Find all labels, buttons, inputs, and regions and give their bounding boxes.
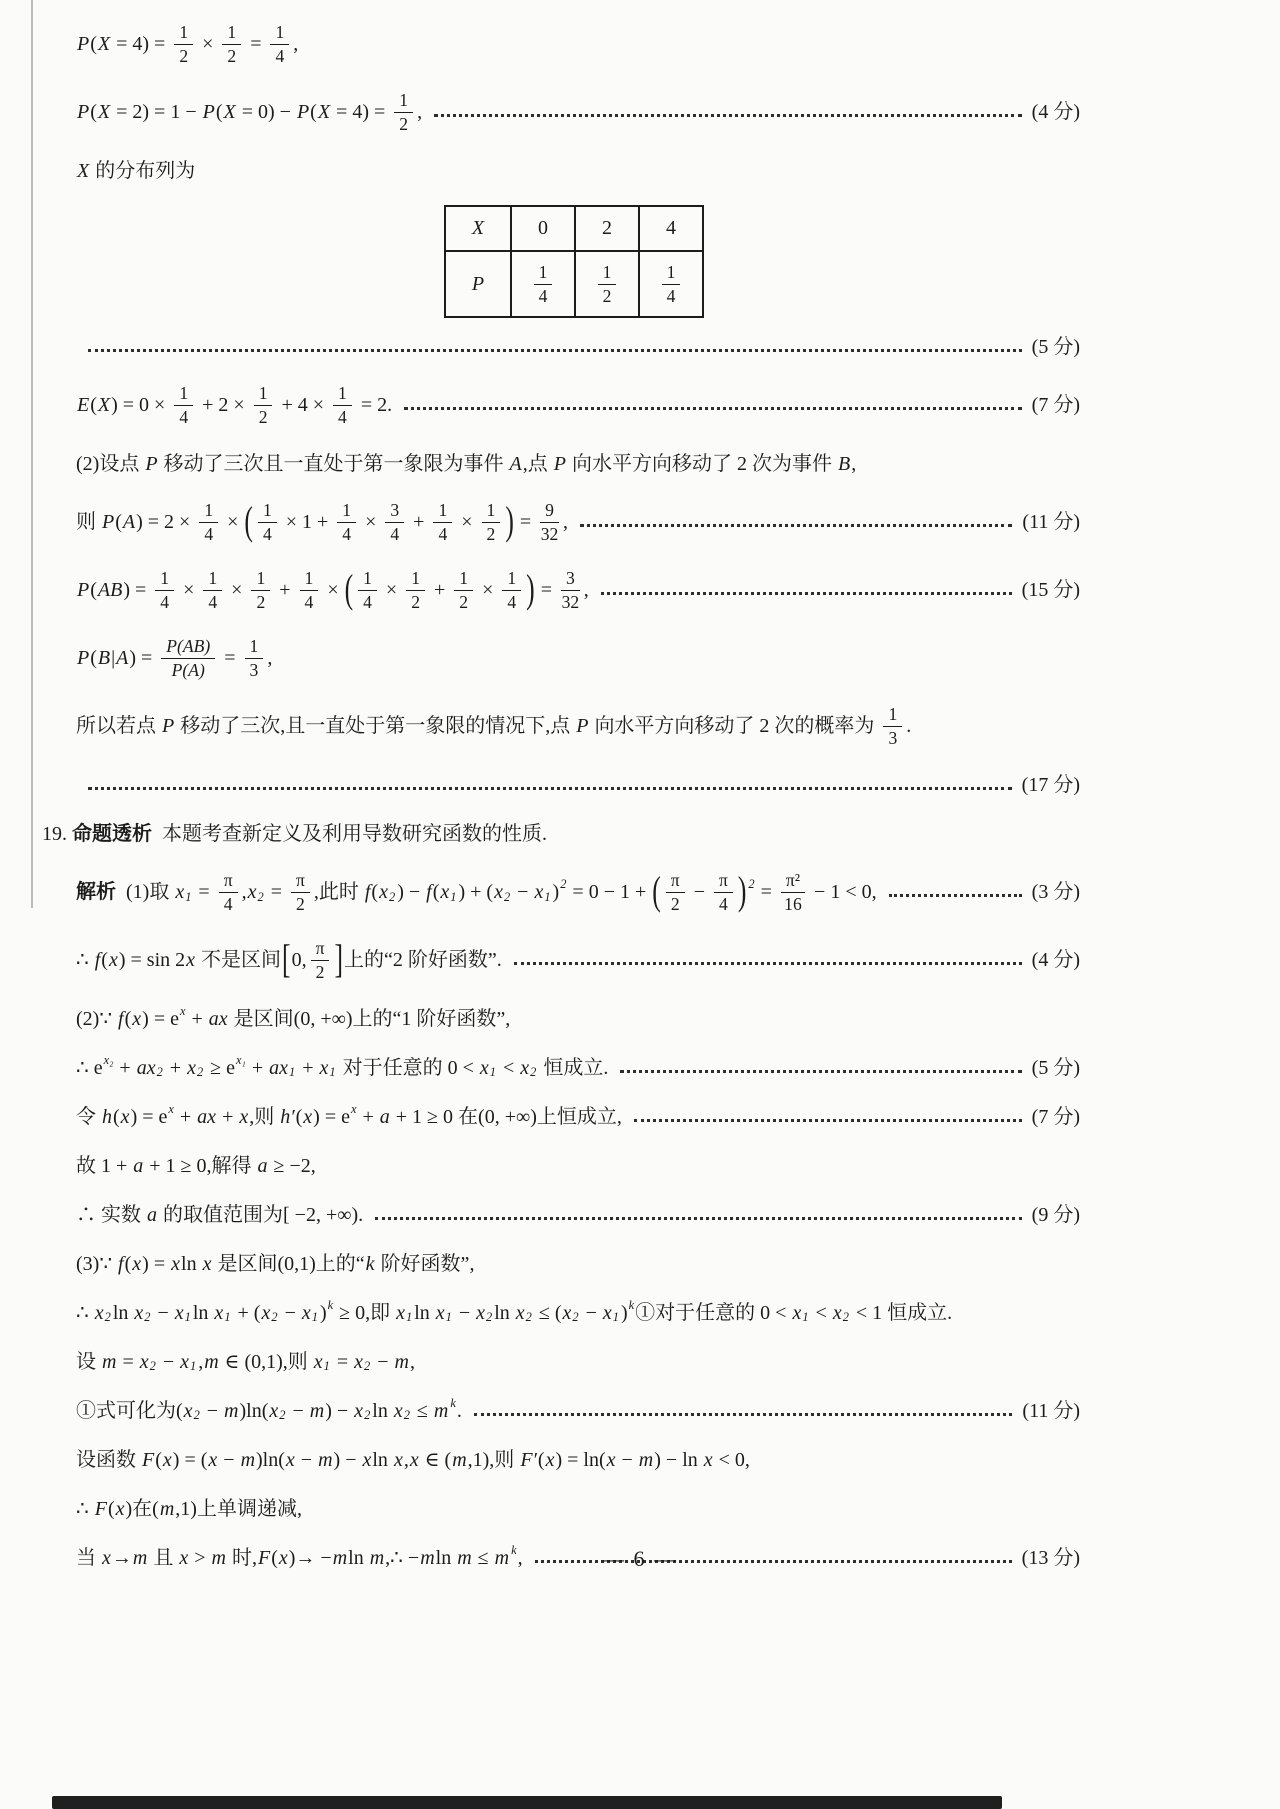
text-run: h′ <box>279 1104 295 1131</box>
formula-line: ∴ x2ln x2 − x1ln x1 + (x2 − x1)k ≥ 0,即 x… <box>76 1298 1080 1328</box>
fraction: π4 <box>219 871 238 914</box>
formula-line: ∴ 实数 a 的取值范围为[ −2, +∞).(9 分) <box>76 1200 1080 1230</box>
line-content: 解析 (1)取 x1 = π4,x2 = π2,此时 f(x2) − f(x1)… <box>76 868 877 917</box>
text-run: ( <box>371 879 378 906</box>
text-run: ≤ ( <box>534 1300 562 1327</box>
text-run: ) <box>621 1300 628 1327</box>
line-content: ∴ F(x)在(m,1)上单调递减, <box>76 1496 302 1523</box>
text-run: 2 <box>572 1309 578 1326</box>
text-run: x <box>174 1300 185 1327</box>
text-run: x <box>439 879 450 906</box>
text-run: ∴ <box>76 1300 94 1327</box>
text-run: 1 <box>329 1064 335 1081</box>
text-run: 的取值范围为[ −2, +∞). <box>158 1202 363 1229</box>
fraction: 14 <box>534 263 553 306</box>
text-run: 2 <box>526 1309 532 1326</box>
fraction: 932 <box>540 501 559 544</box>
text-run: x <box>115 1496 126 1523</box>
text-run: , <box>851 451 856 478</box>
fraction: 12 <box>482 501 501 544</box>
text-run: 0, <box>292 947 307 974</box>
dotted-leader <box>601 582 1012 595</box>
formula-line: 设 m = x2 − x1,m ∈ (0,1),则 x1 = x2 − m, <box>76 1347 1080 1377</box>
text-run: 不是区间 <box>196 947 281 974</box>
text-run: + 1 ≥ 0,解得 <box>144 1153 256 1180</box>
text-run: 2 <box>389 889 395 906</box>
text-run: f <box>94 947 102 974</box>
line-content: (2)∵ f(x) = ex + ax 是区间(0, +∞)上的“1 阶好函数”… <box>76 1006 510 1033</box>
text-run: ) + ( <box>458 879 493 906</box>
dotted-leader <box>580 514 1012 527</box>
text-run: = <box>756 879 777 906</box>
text-run: x <box>179 1349 190 1376</box>
bracket: ] <box>334 934 343 988</box>
text-run: (2)设点 <box>76 451 144 478</box>
text-run: E <box>76 392 90 419</box>
line-content: 19. 命题透析 本题考查新定义及利用导数研究函数的性质. <box>42 821 547 848</box>
text-run: − <box>581 1300 602 1327</box>
fraction: 34 <box>385 501 404 544</box>
text-run: = 4) = <box>111 31 170 58</box>
text-run: P <box>76 99 90 126</box>
text-run: ) = e <box>131 1104 168 1131</box>
dotted-leader <box>514 952 1022 965</box>
text-run: ( <box>108 1496 115 1523</box>
table-cell: P <box>445 251 511 317</box>
text-run: X <box>76 158 90 185</box>
text-run: − <box>202 1398 223 1425</box>
text-run: = 0) − <box>237 99 296 126</box>
text-run: ( <box>90 99 97 126</box>
line-content: ∴ ex₂ + ax2 + x2 ≥ ex₁ + ax1 + x1 对于任意的 … <box>76 1055 608 1082</box>
text-run: 令 <box>76 1104 101 1131</box>
text-run: ) = e <box>313 1104 350 1131</box>
fraction: 14 <box>300 569 319 612</box>
text-run: 是区间(0, +∞)上的“1 阶好函数”, <box>229 1006 511 1033</box>
text-run: + <box>114 1055 135 1082</box>
text-run: m <box>223 1398 239 1425</box>
text-run: 1 <box>312 1309 318 1326</box>
text-run: m <box>394 1349 410 1376</box>
formula-line: (3)∵ f(x) = xln x 是区间(0,1)上的“k 阶好函数”, <box>76 1249 1080 1279</box>
text-run: )ln( <box>240 1398 269 1425</box>
text-run: m <box>638 1447 654 1474</box>
text-run: ax <box>208 1006 229 1033</box>
text-run: P <box>296 99 310 126</box>
line-content: (2)设点 P 移动了三次且一直处于第一象限为事件 A,点 P 向水平方向移动了… <box>76 451 856 478</box>
text-run: 2 <box>560 876 566 893</box>
text-run: + <box>175 1104 196 1131</box>
score-label: (4 分) <box>1032 947 1080 974</box>
text-run: 所以若点 <box>76 713 161 740</box>
text-run: x₂ <box>104 1052 114 1069</box>
text-run: X <box>97 31 111 58</box>
text-run: ( <box>125 1251 132 1278</box>
text-run: − <box>218 1447 239 1474</box>
text-run: x <box>186 1055 197 1082</box>
text-run: ∴ e <box>76 1055 103 1082</box>
text-run: ln <box>414 1300 435 1327</box>
fraction: 14 <box>337 501 356 544</box>
score-label: (9 分) <box>1032 1202 1080 1229</box>
text-run: X <box>317 99 331 126</box>
formula-line: ∴ F(x)在(m,1)上单调递减, <box>76 1494 1080 1524</box>
text-run: ) − ln <box>654 1447 703 1474</box>
text-run: ) = sin 2 <box>119 947 185 974</box>
text-run: x <box>435 1300 446 1327</box>
formula-line: (5 分) <box>76 332 1080 362</box>
text-run: x <box>120 1104 131 1131</box>
text-run: 2 <box>279 1407 285 1424</box>
bracket: ) <box>505 496 514 550</box>
text-run: − <box>512 879 533 906</box>
fraction: 12 <box>598 263 617 306</box>
score-label: (11 分) <box>1022 509 1080 536</box>
text-run: = <box>515 509 536 536</box>
text-run: ≥ −2, <box>269 1153 316 1180</box>
formula-line: 设函数 F(x) = (x − m)ln(x − m) − xln x,x ∈ … <box>76 1445 1080 1475</box>
text-run: m <box>101 1349 117 1376</box>
text-run: x <box>545 1447 556 1474</box>
table-cell: 14 <box>511 251 575 317</box>
formula-line: (17 分) <box>76 770 1080 800</box>
text-run: 设函数 <box>76 1447 141 1474</box>
text-run: 1 <box>613 1309 619 1326</box>
text-run: ( <box>101 947 108 974</box>
text-run: 2 <box>602 217 612 239</box>
text-run: = 0 − 1 + <box>567 879 651 906</box>
text-run: m <box>240 1447 256 1474</box>
text-run: f <box>117 1251 125 1278</box>
text-run: x <box>562 1300 573 1327</box>
text-run: )在( <box>126 1496 159 1523</box>
text-run: ) = <box>123 577 151 604</box>
text-run: 1 <box>490 1064 496 1081</box>
text-run: ln <box>372 1398 393 1425</box>
text-run: B <box>97 645 111 672</box>
document-page: P(X = 4) = 12 × 12 = 14,P(X = 2) = 1 − P… <box>0 0 1280 1809</box>
score-label: (11 分) <box>1022 1398 1080 1425</box>
text-run: x <box>353 1349 364 1376</box>
text-run: x <box>94 1300 105 1327</box>
text-run: < 1 恒成立. <box>851 1300 952 1327</box>
score-label: (7 分) <box>1032 392 1080 419</box>
text-run: 向水平方向移动了 2 次的概率为 <box>589 713 879 740</box>
text-run: ) = ( <box>173 1447 208 1474</box>
text-run: x <box>131 1006 142 1033</box>
text-run: x <box>393 1447 404 1474</box>
text-run: x <box>247 879 258 906</box>
text-run: 19. <box>42 821 72 848</box>
text-run: m <box>203 1349 219 1376</box>
text-run: 2 <box>504 889 510 906</box>
text-run: × <box>456 509 477 536</box>
line-content: P(B|A) = P(AB)P(A) = 13, <box>76 634 272 683</box>
text-run: ,点 <box>523 451 553 478</box>
text-run: = 2) = 1 − <box>111 99 202 126</box>
text-run: ≤ <box>412 1398 433 1425</box>
text-run: F <box>141 1447 155 1474</box>
text-run: = 2. <box>356 392 392 419</box>
text-run: ) = 2 × <box>136 509 195 536</box>
text-run: ( <box>90 645 97 672</box>
text-run: ) = <box>142 1251 170 1278</box>
text-run: h <box>101 1104 113 1131</box>
text-run: 阶好函数”, <box>376 1251 475 1278</box>
dotted-leader <box>88 777 1012 790</box>
text-run: − <box>617 1447 638 1474</box>
text-run: 对于任意的 0 < <box>338 1055 479 1082</box>
line-content: (3)∵ f(x) = xln x 是区间(0,1)上的“k 阶好函数”, <box>76 1251 474 1278</box>
text-run: 0 <box>538 217 548 239</box>
text-run: x <box>202 1251 213 1278</box>
dotted-leader <box>620 1060 1021 1073</box>
fraction: 14 <box>258 501 277 544</box>
text-run: ( <box>433 879 440 906</box>
dotted-leader <box>634 1109 1022 1122</box>
text-run: a <box>379 1104 391 1131</box>
score-label: (5 分) <box>1032 334 1080 361</box>
text-run: ∴ <box>76 1496 94 1523</box>
text-run: 1 <box>406 1309 412 1326</box>
text-run: x <box>519 1055 530 1082</box>
formula-line: 19. 命题透析 本题考查新定义及利用导数研究函数的性质. <box>42 819 1080 849</box>
text-run: 2 <box>157 1064 163 1081</box>
text-run: 上的“2 阶好函数”. <box>344 947 502 974</box>
line-content: P(AB) = 14 × 14 × 12 + 14 × (14 × 12 + 1… <box>76 566 589 615</box>
text-run: x <box>260 1300 271 1327</box>
text-run: x <box>493 879 504 906</box>
line-content: 则 P(A) = 2 × 14 × (14 × 1 + 14 × 34 + 14… <box>76 498 568 547</box>
text-run: − <box>296 1447 317 1474</box>
line-content: 所以若点 P 移动了三次,且一直处于第一象限的情况下,点 P 向水平方向移动了 … <box>76 702 911 751</box>
text-run: , <box>410 1349 415 1376</box>
text-run: ∈ ( <box>420 1447 451 1474</box>
text-run: − 1 < 0, <box>809 879 877 906</box>
text-run: x <box>313 1349 324 1376</box>
text-run: 4 <box>666 217 676 239</box>
text-run: = <box>193 879 214 906</box>
text-run: f <box>117 1006 125 1033</box>
text-run: ( <box>90 392 97 419</box>
fraction: 13 <box>883 705 902 748</box>
text-run: 1 <box>324 1358 330 1375</box>
text-run: , <box>584 577 589 604</box>
text-run: + 4 × <box>276 392 329 419</box>
line-content: ∴ 实数 a 的取值范围为[ −2, +∞). <box>76 1202 363 1229</box>
text-run: x <box>133 1300 144 1327</box>
text-run: P <box>76 577 90 604</box>
text-run: x <box>238 1104 249 1131</box>
text-run: ,则 <box>249 1104 279 1131</box>
fraction: P(AB)P(A) <box>161 637 215 680</box>
text-run: 1 <box>450 889 456 906</box>
text-run: x <box>606 1447 617 1474</box>
bracket: ) <box>738 866 747 920</box>
fraction: 14 <box>433 501 452 544</box>
text-run: ( <box>310 99 317 126</box>
text-run: − <box>158 1349 179 1376</box>
text-run: × 1 + <box>281 509 334 536</box>
text-run: × <box>360 509 381 536</box>
text-run: ≥ e <box>205 1055 235 1082</box>
text-run: ,此时 <box>314 879 364 906</box>
text-run: f <box>425 879 433 906</box>
text-run: = 4) = <box>331 99 390 126</box>
text-run: + <box>408 509 429 536</box>
text-run: 2 <box>364 1407 370 1424</box>
formula-line: 令 h(x) = ex + ax + x,则 h′(x) = ex + a + … <box>76 1102 1080 1132</box>
text-run: . <box>457 1398 462 1425</box>
fraction: 14 <box>199 501 218 544</box>
text-run: = <box>266 879 287 906</box>
text-run: 1 <box>544 889 550 906</box>
text-run: 1 <box>289 1064 295 1081</box>
text-run: k <box>450 1395 456 1412</box>
text-run: x₁ <box>236 1052 246 1069</box>
text-run: × <box>222 509 243 536</box>
text-run: 2 <box>144 1309 150 1326</box>
text-run: P <box>101 509 115 536</box>
text-run: 2 <box>530 1064 536 1081</box>
text-run: × <box>226 577 247 604</box>
text-run: m <box>433 1398 449 1425</box>
text-run: ≥ 0,即 <box>334 1300 395 1327</box>
text-run: 本题考查新定义及利用导数研究函数的性质. <box>152 821 547 848</box>
text-run: ( <box>216 99 223 126</box>
text-run: X <box>471 217 485 239</box>
text-run: ①对于任意的 0 < <box>635 1300 791 1327</box>
text-run: 2 <box>257 889 263 906</box>
line-content: P(X = 2) = 1 − P(X = 0) − P(X = 4) = 12, <box>76 88 422 137</box>
text-run: = <box>536 577 557 604</box>
text-run: x <box>207 1447 218 1474</box>
fraction: 13 <box>245 637 264 680</box>
text-run: (3)∵ <box>76 1251 117 1278</box>
text-run: ( <box>538 1447 545 1474</box>
dotted-leader <box>474 1403 1013 1416</box>
text-run: ( <box>296 1104 303 1131</box>
text-run: ( <box>90 31 97 58</box>
page-number: — 6 — <box>0 1544 1280 1574</box>
text-run: − <box>689 879 710 906</box>
text-run: a <box>146 1202 158 1229</box>
text-run: + <box>297 1055 318 1082</box>
fraction: π2 <box>311 939 330 982</box>
text-run: x <box>268 1398 279 1425</box>
text-run: + <box>429 577 450 604</box>
text-run: B <box>837 451 851 478</box>
text-run: ) <box>553 879 560 906</box>
line-content: 设 m = x2 − x1,m ∈ (0,1),则 x1 = x2 − m, <box>76 1349 415 1376</box>
text-run: − <box>152 1300 173 1327</box>
formula-line: (2)∵ f(x) = ex + ax 是区间(0, +∞)上的“1 阶好函数”… <box>76 1004 1080 1034</box>
text-run: 向水平方向移动了 2 次为事件 <box>567 451 837 478</box>
text-run: AB <box>97 577 123 604</box>
text-run: x <box>832 1300 843 1327</box>
text-run: ln <box>181 1251 202 1278</box>
dotted-leader <box>889 884 1022 897</box>
text-run: ) <box>320 1300 327 1327</box>
text-run: × <box>381 577 402 604</box>
bracket: ( <box>652 866 661 920</box>
text-run: k <box>328 1297 334 1314</box>
text-run: 命题透析 <box>72 821 152 848</box>
text-run: P <box>575 713 589 740</box>
text-run: 2 <box>271 1309 277 1326</box>
line-content: ∴ x2ln x2 − x1ln x1 + (x2 − x1)k ≥ 0,即 x… <box>76 1300 952 1327</box>
dotted-leader <box>404 397 1022 410</box>
text-run: × <box>477 577 498 604</box>
fraction: 14 <box>502 569 521 612</box>
text-run: ) = 0 × <box>111 392 170 419</box>
dotted-leader <box>434 104 1022 117</box>
text-run: x <box>168 1101 174 1118</box>
text-run: , <box>267 645 272 672</box>
formula-line: E(X) = 0 × 14 + 2 × 12 + 4 × 14 = 2.(7 分… <box>76 381 1080 430</box>
text-run: = <box>332 1349 353 1376</box>
table-cell: 2 <box>575 206 639 251</box>
text-run: 则 <box>76 509 101 536</box>
formula-line: ∴ ex₂ + ax2 + x2 ≥ ex₁ + ax1 + x1 对于任意的 … <box>76 1053 1080 1083</box>
formula-line: P(X = 4) = 12 × 12 = 14, <box>76 20 1080 69</box>
text-run: (1)取 <box>116 879 174 906</box>
table-cell: 4 <box>639 206 703 251</box>
formula-line: ①式可化为(x2 − m)ln(x2 − m) − x2ln x2 ≤ mk.(… <box>76 1396 1080 1426</box>
bracket: ( <box>244 496 253 550</box>
text-run: x <box>475 1300 486 1327</box>
line-content: ∴ f(x) = sin 2x 不是区间[0,π2]上的“2 阶好函数”. <box>76 936 502 985</box>
text-run: ) − <box>325 1398 353 1425</box>
text-run: × <box>178 577 199 604</box>
table-row: P141214 <box>445 251 703 317</box>
text-run: ( <box>113 1104 120 1131</box>
text-run: x <box>533 879 544 906</box>
table-cell: 14 <box>639 251 703 317</box>
line-content: X 的分布列为 <box>76 158 195 185</box>
formula-line: 解析 (1)取 x1 = π4,x2 = π2,此时 f(x2) − f(x1)… <box>76 868 1080 917</box>
formula-line: P(B|A) = P(AB)P(A) = 13, <box>76 634 1080 683</box>
formula-line: 故 1 + a + 1 ≥ 0,解得 a ≥ −2, <box>76 1151 1080 1181</box>
text-run: ( <box>90 577 97 604</box>
text-run: 移动了三次,且一直处于第一象限的情况下,点 <box>175 713 575 740</box>
text-run: < 0, <box>714 1447 750 1474</box>
formula-line: 则 P(A) = 2 × 14 × (14 × 1 + 14 × 34 + 14… <box>76 498 1080 547</box>
score-label: (4 分) <box>1032 99 1080 126</box>
fraction: 14 <box>270 23 289 66</box>
text-run: m <box>309 1398 325 1425</box>
table-row: X024 <box>445 206 703 251</box>
fraction: 14 <box>155 569 174 612</box>
text-run: 1 <box>185 889 191 906</box>
text-run: ( <box>155 1447 162 1474</box>
line-content: ①式可化为(x2 − m)ln(x2 − m) − x2ln x2 ≤ mk. <box>76 1398 462 1425</box>
text-run: < <box>811 1300 832 1327</box>
text-run: f <box>364 879 372 906</box>
fraction: π4 <box>714 871 733 914</box>
text-run: x <box>174 879 185 906</box>
fraction: 12 <box>174 23 193 66</box>
text-run: 2 <box>194 1407 200 1424</box>
bracket: [ <box>282 934 291 988</box>
text-run: 2 <box>404 1407 410 1424</box>
text-run: x <box>515 1300 526 1327</box>
text-run: 2 <box>197 1064 203 1081</box>
text-run: )ln( <box>256 1447 285 1474</box>
text-run: X <box>97 392 111 419</box>
text-run: × <box>197 31 218 58</box>
text-run: k <box>365 1251 376 1278</box>
